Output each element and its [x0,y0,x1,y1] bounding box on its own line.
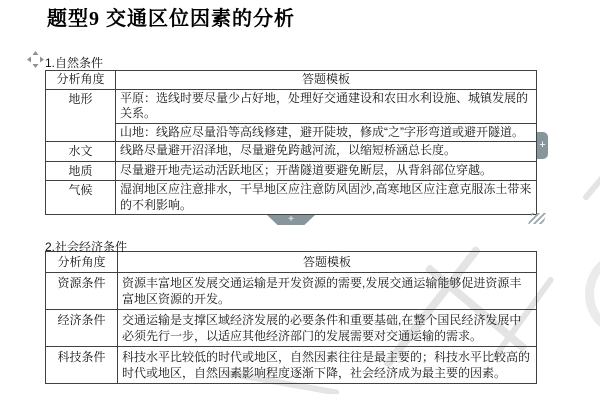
cell-geology: 尽量避开地壳运动活跃地区；开凿隧道要避免断层，从背斜部位穿越。 [116,161,537,181]
cell-terrain-plain: 平原：选线时要尽量少占好地，处理好交通建设和农田水利设施、城镇发展的关系。 [116,89,537,123]
watermark-stroke [582,129,600,202]
row-label-terrain: 地形 [46,89,116,142]
table-move-handle[interactable] [27,51,44,68]
row-label-geology: 地质 [46,161,116,181]
cell-resources: 资源丰富地区发展交通运输是开发资源的需要,发展交通运输能够促进资源丰富地区资源的… [118,273,537,310]
row-label-technology: 科技条件 [46,347,118,384]
table-row: 地形 平原：选线时要尽量少占好地，处理好交通建设和农田水利设施、城镇发展的关系。 [46,89,537,123]
table-row: 经济条件 交通运输是支撑区域经济发展的必要条件和重要基础,在整个国民经济发展中必… [46,310,537,347]
cell-economy: 交通运输是支撑区域经济发展的必要条件和重要基础,在整个国民经济发展中必须先行一步… [118,310,537,347]
row-label-hydrology: 水文 [46,142,116,162]
column-header-angle: 分析角度 [46,71,116,90]
row-label-climate: 气候 [46,181,116,215]
add-row-handle[interactable]: + [267,215,315,225]
cell-climate: 湿润地区应注意排水，干旱地区应注意防风固沙,高寒地区应注意克服冻土带来的不利影响… [116,181,537,215]
natural-conditions-table: 分析角度 答题模板 地形 平原：选线时要尽量少占好地，处理好交通建设和农田水利设… [45,70,537,215]
plus-icon: + [539,140,545,151]
socioeconomic-conditions-table: 分析角度 答题模板 资源条件 资源丰富地区发展交通运输是开发资源的需要,发展交通… [45,251,537,384]
socioeconomic-conditions-table-wrap: 分析角度 答题模板 资源条件 资源丰富地区发展交通运输是开发资源的需要,发展交通… [45,251,537,384]
plus-icon: + [288,214,294,225]
row-label-resources: 资源条件 [46,273,118,310]
move-arrows-icon [27,51,44,68]
table-row: 山地：线路应尽量沿等高线修建，避开陡坡，修成“之”字形弯道或避开隧道。 [46,123,537,142]
document-page: 题型9 交通区位因素的分析 1.自然条件 分析角度 答题模板 地形 平原：选线时… [0,0,600,394]
column-header-template: 答题模板 [118,252,537,273]
table-row: 水文 线路尽量避开沼泽地，尽量避免跨越河流，以缩短桥涵总长度。 [46,142,537,162]
cell-hydrology: 线路尽量避开沼泽地，尽量避免跨越河流，以缩短桥涵总长度。 [116,142,537,162]
table-row: 气候 湿润地区应注意排水，干旱地区应注意防风固沙,高寒地区应注意克服冻土带来的不… [46,181,537,215]
table-header-row: 分析角度 答题模板 [46,71,537,90]
table-row: 资源条件 资源丰富地区发展交通运输是开发资源的需要,发展交通运输能够促进资源丰富… [46,273,537,310]
table-resize-grip[interactable] [528,213,547,224]
cell-terrain-mountain: 山地：线路应尽量沿等高线修建，避开陡坡，修成“之”字形弯道或避开隧道。 [116,123,537,142]
watermark-ring [585,250,600,338]
table-row: 地质 尽量避开地壳运动活跃地区；开凿隧道要避免断层，从背斜部位穿越。 [46,161,537,181]
section-heading-socioeconomic: 2.社会经济条件 [45,238,127,255]
row-label-economy: 经济条件 [46,310,118,347]
natural-conditions-table-wrap: 分析角度 答题模板 地形 平原：选线时要尽量少占好地，处理好交通建设和农田水利设… [45,70,537,215]
table-row: 科技条件 科技水平比较低的时代或地区，自然因素往往是最主要的；科技水平比较高的时… [46,347,537,384]
section-heading-natural: 1.自然条件 [45,54,103,71]
cell-technology: 科技水平比较低的时代或地区，自然因素往往是最主要的；科技水平比较高的时代或地区，… [118,347,537,384]
add-column-handle[interactable]: + [537,132,548,159]
column-header-template: 答题模板 [116,71,537,90]
page-title: 题型9 交通区位因素的分析 [47,2,295,31]
